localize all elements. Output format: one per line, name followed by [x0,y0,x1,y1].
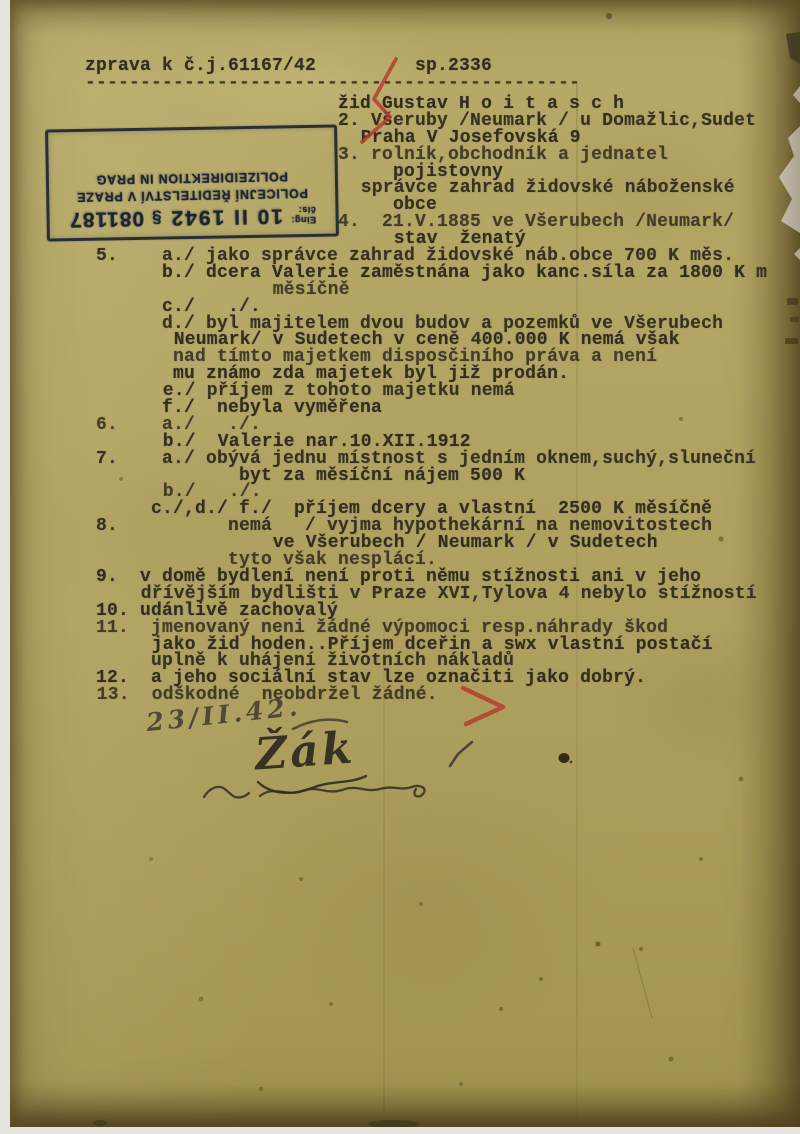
torn-edge-notch-2 [794,248,800,260]
signature: Žák [253,723,356,781]
typewritten-line: 5. a./ jako správce zahrad židovské náb.… [85,248,767,265]
typewritten-line: uplně k uhájení životních nákladů [85,653,767,670]
divider-line: ----------------------------------------… [85,73,580,93]
scan-background: zprava k č.j.61167/42 sp.2336 ----------… [0,0,800,1134]
typewritten-line: 13. odškodné neobdržel žádné. [86,687,768,704]
typewritten-line: 3. rolník,obchodník a jednatel [85,147,767,164]
typewritten-line: e./ příjem z tohoto majetku nemá [86,383,768,400]
typewritten-line: tyto však nesplácí. [85,552,767,569]
paper-specks [10,0,12,2]
handwritten-note-scrawl-2 [260,786,425,797]
bottom-edge-stain-2 [93,1120,107,1126]
edge-mark-1 [787,298,798,305]
torn-edge-notch [793,86,800,103]
typewritten-line: dřívějším bydlišti v Praze XVI,Tylova 4 … [86,586,768,603]
handwritten-note-scrawl [204,787,249,798]
paper-scratch [633,948,652,1018]
ink-blot-satellite [570,761,573,764]
document-paper: zprava k č.j.61167/42 sp.2336 ----------… [10,0,800,1127]
ink-blot [559,753,570,763]
typewritten-line: měsíčně [86,282,768,299]
typed-body: žid Gustav H o i t a s c h 2. Všeruby /N… [85,96,767,704]
edge-stain-top-right [786,32,800,64]
edge-mark-3 [785,338,798,344]
typewritten-line: 7. a./ obývá jednu místnost s jedním okn… [85,451,767,468]
typewritten-line: b./ ./. [86,484,768,501]
torn-edge [779,126,800,233]
typewritten-line: nad tímto majetkem disposčiního práva a … [85,349,767,366]
edge-mark-2 [790,317,799,322]
approval-tick [450,742,472,766]
bottom-edge-stain [368,1120,420,1127]
typewritten-line: správce zahrad židovské náboženské [86,180,768,197]
